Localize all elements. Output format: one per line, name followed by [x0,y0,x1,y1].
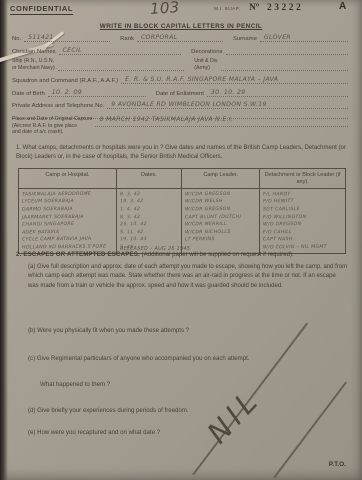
section-2-title: 2. ESCAPES OR ATTEMPTED ESCAPES. [16,251,140,258]
scan-left-edge [0,0,8,480]
question-2b: (b) Were you physically fit when you mad… [28,327,302,334]
series-letter: A [339,1,346,12]
decorations-label: Decorations [191,49,225,55]
row-dates: Date of Birth 10. 2. 09 Date of Enlistme… [12,88,348,97]
unit-field [221,62,348,71]
address-value: 9 AVONDALE RD WIMBLEDON LONDON S.W.19 [111,101,266,108]
date-of-enlistment-value: 30. 10. 29 [211,89,246,96]
date-of-enlistment-label: Date of Enlistment [156,91,207,97]
surname-value: GLOVER [264,34,291,41]
rank-label: Rank [120,36,137,42]
section-2-heading: 2. ESCAPES OR ATTEMPTED ESCAPES. (Additi… [16,251,348,258]
row-no-rank-surname: No. 511421 Rank CORPORAL Surname GLOVER [12,33,348,42]
christian-names-field: CECIL [59,46,182,55]
capture-label: Place and Date of Original Capture (Airc… [12,116,95,136]
row-names-decorations: Christian Names CECIL Decorations [12,46,348,55]
table-cell: LT PERKINS [185,236,257,244]
detachment-column: F/L HARDY P/O HEWITT SGT CARLISLE F/O WI… [260,189,345,255]
ship-field [58,62,185,71]
address-label: Private Address and Telephone No. [12,103,107,109]
rank-field: CORPORAL [137,33,223,42]
capture-value: 8 MARCH 1942 TASIKMALAJA JAVA N.E.I. [99,116,233,123]
nil-answer-handwriting: NIL [200,382,267,450]
question-1-text: 1. What camps, detachments or hospitals … [16,144,348,162]
row-squadron: Squadron and Command (R.A.F., A.A.F.) E.… [12,75,348,84]
leader-column: W/CDR GREGSON W/CDR WELSH W/CDR GREGSON … [182,189,260,255]
col-header-leader: Camp Leader. [182,169,260,189]
date-of-birth-value: 10. 2. 09 [52,89,82,96]
question-2a: (a) Give full description and approx. da… [28,263,348,291]
squadron-field: E. R. & S.U. R.A.F. SINGAPORE MALAYA – J… [121,75,348,84]
form-instruction-title: WRITE IN BLOCK CAPITAL LETTERS IN PENCIL [0,23,362,30]
classification-stamp: CONFIDENTIAL [10,4,73,15]
no-label: Nº [249,3,259,13]
section-2-note: (Additional paper will be supplied on re… [140,251,294,258]
capture-field: 8 MARCH 1942 TASIKMALAJA JAVA N.E.I. [95,116,348,127]
date-of-birth-label: Date of Birth [12,91,48,97]
row-address: Private Address and Telephone No. 9 AVON… [12,100,348,109]
col-header-dates: Dates. [117,169,182,189]
col-header-camp: Camp or Hospital. [19,169,117,189]
form-serial-stamp: Nº23222 [249,3,303,13]
pencil-reference-number: 103 [149,0,180,18]
pto-label: P.T.O. [329,461,346,468]
camp-column: TASIKMALAJA AERODROME LYCEUM SOERABAJA D… [19,189,117,255]
rank-value: CORPORAL [141,34,177,41]
scanned-questionnaire-page: CONFIDENTIAL 103 M.I. 9/JAP. Nº23222 A W… [0,0,362,480]
question-2c: (c) Give Regimental particulars of anyon… [28,355,302,362]
christian-names-value: CECIL [63,47,82,54]
no-label: No. [12,36,24,42]
address-field: 9 AVONDALE RD WIMBLEDON LONDON S.W.19 [107,100,348,109]
no-field: 511421 [24,33,110,42]
camp-table-header: Camp or Hospital. Dates. Camp Leader. De… [19,169,345,189]
department-label: M.I. 9/JAP. [214,7,240,12]
question-2e: (e) How were you recaptured and on what … [28,429,302,436]
decorations-field [226,46,349,55]
surname-field: GLOVER [260,33,348,42]
no-value: 511421 [28,34,53,41]
row-ship-unit: Ship (R.N., U.S.N. or Merchant Navy) Uni… [12,58,348,71]
table-cell: 1. 4. 42 [120,206,179,214]
christian-names-label: Christian Names [12,49,59,55]
row-capture: Place and Date of Original Capture (Airc… [12,116,348,136]
ship-label: Ship (R.N., U.S.N. or Merchant Navy) [12,58,58,71]
squadron-value: E. R. & S.U. R.A.F. SINGAPORE MALAYA – J… [125,76,278,83]
date-of-enlistment-field: 30. 10. 29 [207,88,348,97]
squadron-label: Squadron and Command (R.A.F., A.A.F.) [12,78,121,84]
unit-label: Unit & Div. (Army) [194,58,221,71]
col-header-detachment: Detachment or Block Leader (if any). [260,169,345,189]
surname-label: Surname [233,36,260,42]
serial-number: 23222 [267,3,303,13]
camp-table: Camp or Hospital. Dates. Camp Leader. De… [18,168,346,254]
date-of-birth-field: 10. 2. 09 [48,88,146,97]
table-cell: W/CDR GREGSON [185,206,257,214]
